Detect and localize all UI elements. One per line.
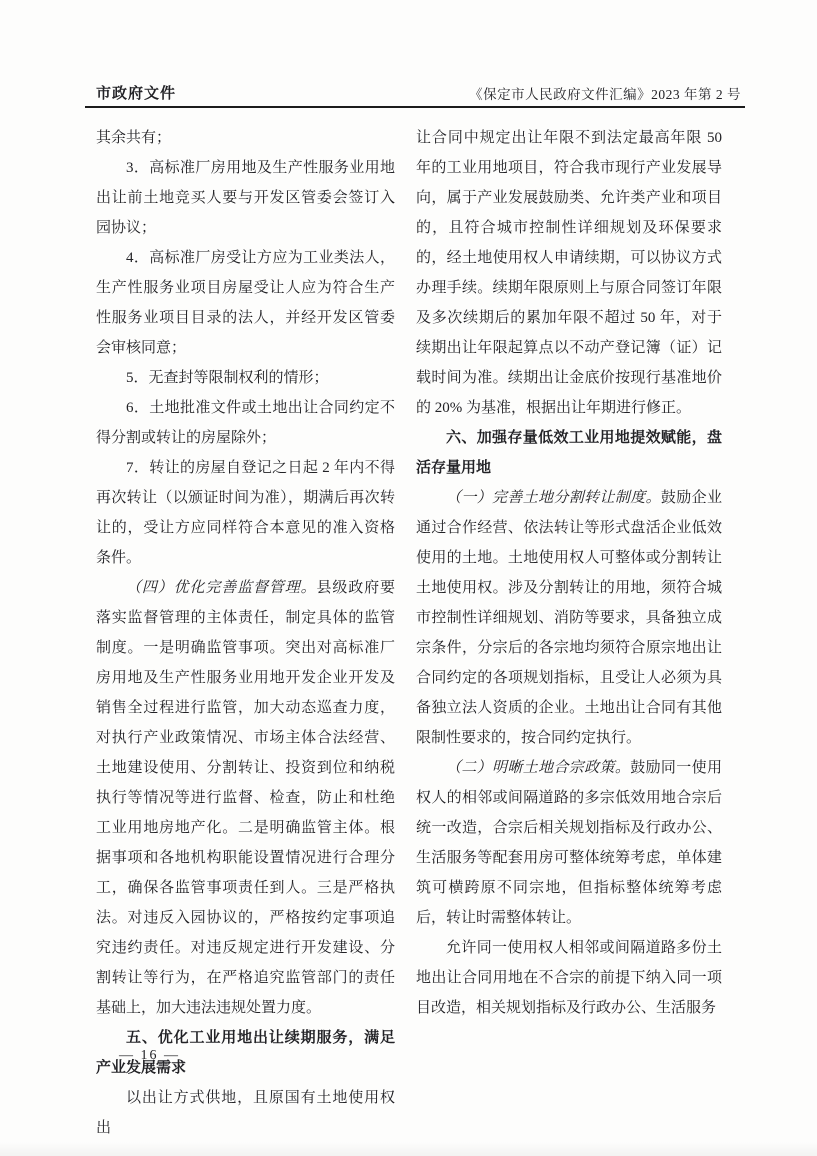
- paragraph: 3．高标准厂房用地及生产性服务业用地出让前土地竞买人要与开发区管委会签订入园协议…: [96, 153, 395, 243]
- paragraph: 其余共有；: [96, 123, 395, 153]
- document-body: 其余共有；3．高标准厂房用地及生产性服务业用地出让前土地竞买人要与开发区管委会签…: [96, 123, 722, 1143]
- section-heading: 六、加强存量低效工业用地提效赋能，盘活存量用地: [416, 423, 722, 483]
- paragraph: 5．无查封等限制权利的情形；: [96, 363, 395, 393]
- paragraph: 允许同一使用权人相邻或间隔道路多份土地出让合同用地在不合宗的前提下纳入同一项目改…: [416, 933, 722, 1023]
- document-page: 市政府文件 《保定市人民政府文件汇编》2023 年第 2 号 其余共有；3．高标…: [0, 0, 817, 1156]
- kaiti-lead: （二）明晰土地合宗政策。: [446, 760, 630, 776]
- kaiti-lead: （一）完善土地分割转让制度。: [446, 490, 661, 506]
- column-left: 其余共有；3．高标准厂房用地及生产性服务业用地出让前土地竞买人要与开发区管委会签…: [96, 123, 395, 1143]
- paragraph: 以出让方式供地，且原国有土地使用权出: [96, 1083, 395, 1143]
- paragraph: 6．土地批准文件或土地出让合同约定不得分割或转让的房屋除外；: [96, 393, 395, 453]
- kaiti-lead: （四）优化完善监督管理。: [126, 580, 316, 596]
- paragraph: 4．高标准厂房受让方应为工业类法人，生产性服务业项目房屋受让人应为符合生产性服务…: [96, 243, 395, 363]
- paragraph: （二）明晰土地合宗政策。鼓励同一使用权人的相邻或间隔道路的多宗低效用地合宗后统一…: [416, 753, 722, 933]
- header-doc-category: 市政府文件: [96, 82, 176, 103]
- column-right: 让合同中规定出让年限不到法定最高年限 50 年的工业用地项目，符合我市现行产业发…: [416, 123, 722, 1143]
- paragraph: （四）优化完善监督管理。县级政府要落实监督管理的主体责任，制定具体的监管制度。一…: [96, 573, 395, 1023]
- paragraph: 7．转让的房屋自登记之日起 2 年内不得再次转让（以颁证时间为准），期满后再次转…: [96, 453, 395, 573]
- paragraph: （一）完善土地分割转让制度。鼓励企业通过合作经营、依法转让等形式盘活企业低效使用…: [416, 483, 722, 753]
- header-rule: [85, 106, 745, 108]
- scan-shadow: [0, 1142, 817, 1156]
- paragraph: 让合同中规定出让年限不到法定最高年限 50 年的工业用地项目，符合我市现行产业发…: [416, 123, 722, 423]
- page-header: 市政府文件 《保定市人民政府文件汇编》2023 年第 2 号: [96, 82, 741, 103]
- page-number: — 16 —: [119, 1048, 180, 1064]
- header-compilation-title: 《保定市人民政府文件汇编》2023 年第 2 号: [469, 83, 741, 103]
